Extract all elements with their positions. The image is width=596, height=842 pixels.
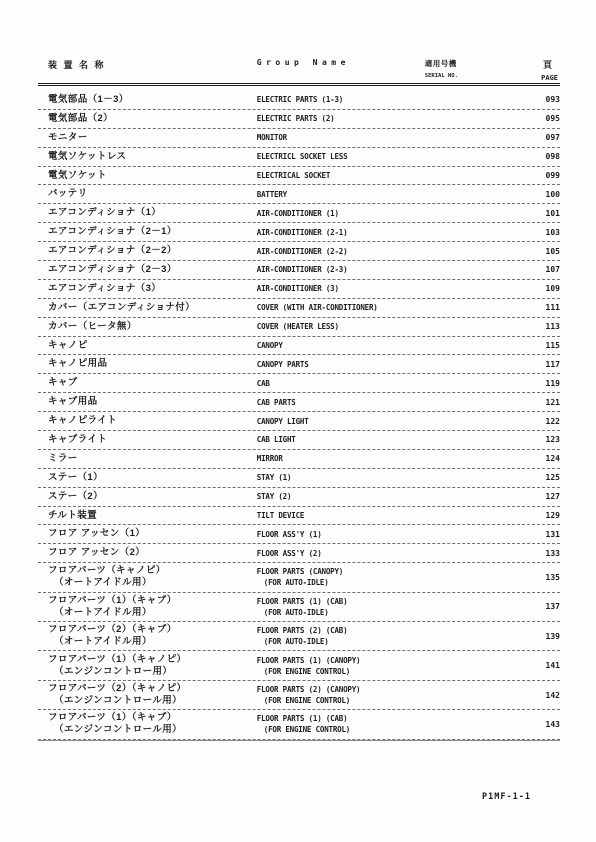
page-number: 113: [505, 322, 560, 331]
table-row: フロアパーツ（2）（キャブ） （オートアイドル用） FLOOR PARTS (2…: [38, 622, 560, 651]
page-number: 133: [505, 549, 560, 558]
device-name-ja: カバー（エアコンディショナ付）: [38, 302, 257, 314]
group-name-en-line2: (FOR ENGINE CONTROL): [257, 724, 425, 735]
group-name-en-line1: MIRROR: [257, 453, 425, 464]
table-body: 電気部品（1－3） ELECTRIC PARTS (1-3) 093 電気部品（…: [38, 86, 560, 741]
group-name-en-line1: FLOOR PARTS (2) (CANOPY): [257, 684, 425, 695]
device-name-ja-line1: エアコンディショナ（2－1）: [48, 226, 257, 238]
table-header-row: 装 置 名 称 Group Name 適用号機 SERIAL NO. 頁 PAG…: [38, 55, 560, 86]
group-name-en-line1: FLOOR ASS'Y (2): [257, 548, 425, 559]
device-name-ja-line1: ステー（1）: [48, 472, 257, 484]
table-row: キャノピ用品 CANOPY PARTS 117: [38, 355, 560, 374]
group-name-en: CANOPY PARTS: [257, 359, 425, 370]
page-number: 117: [505, 360, 560, 369]
group-name-en: AIR-CONDITIONER (2-1): [257, 227, 425, 238]
group-name-en-line1: CAB LIGHT: [257, 434, 425, 445]
device-name-ja: フロア アッセン（2）: [38, 547, 257, 559]
device-name-ja: フロアパーツ（2）（キャブ） （オートアイドル用）: [38, 624, 257, 648]
device-name-ja: キャブ: [38, 377, 257, 389]
group-name-en: COVER (WITH AIR-CONDITIONER): [257, 302, 425, 313]
group-name-en: FLOOR PARTS (1) (CAB) (FOR ENGINE CONTRO…: [257, 713, 425, 735]
group-name-en-line1: AIR-CONDITIONER (2-1): [257, 227, 425, 238]
group-name-en-line1: AIR-CONDITIONER (2-2): [257, 246, 425, 257]
group-name-en-line1: ELECTRICAL SOCKET: [257, 170, 425, 181]
page-number: 098: [505, 152, 560, 161]
header-page-en: PAGE: [505, 74, 558, 82]
table-row: バッテリ BATTERY 100: [38, 185, 560, 204]
device-name-ja-line1: 電気ソケットレス: [48, 151, 257, 163]
device-name-ja: エアコンディショナ（2－2）: [38, 245, 257, 257]
table-row: フロア アッセン（1） FLOOR ASS'Y (1) 131: [38, 525, 560, 544]
device-name-ja: バッテリ: [38, 188, 257, 200]
table-row: エアコンディショナ（3） AIR-CONDITIONER (3) 109: [38, 280, 560, 299]
device-name-ja: フロアパーツ（2）（キャノピ） （エンジンコントロール用）: [38, 683, 257, 707]
group-name-en-line1: CAB PARTS: [257, 397, 425, 408]
group-name-en-line1: CANOPY LIGHT: [257, 416, 425, 427]
page-number: 103: [505, 228, 560, 237]
device-name-ja-line1: フロアパーツ（1）（キャノピ）: [48, 654, 257, 666]
group-name-en-line1: FLOOR PARTS (1) (CANOPY): [257, 655, 425, 666]
group-name-en: AIR-CONDITIONER (3): [257, 283, 425, 294]
group-name-en-line2: (FOR AUTO-IDLE): [257, 607, 425, 618]
header-serial-no: 適用号機 SERIAL NO.: [425, 58, 506, 79]
group-name-en-line1: ELECTRICL SOCKET LESS: [257, 151, 425, 162]
group-name-en: FLOOR PARTS (CANOPY) (FOR AUTO-IDLE): [257, 566, 425, 588]
page-number: 109: [505, 284, 560, 293]
device-name-ja: ステー（1）: [38, 472, 257, 484]
page-number: 119: [505, 379, 560, 388]
table-row: フロアパーツ（キャノピ） （オートアイドル用） FLOOR PARTS (CAN…: [38, 563, 560, 592]
group-name-en-line1: ELECTRIC PARTS (1-3): [257, 94, 425, 105]
device-name-ja: 電気ソケット: [38, 170, 257, 182]
group-name-en: COVER (HEATER LESS): [257, 321, 425, 332]
table-row: フロア アッセン（2） FLOOR ASS'Y (2) 133: [38, 544, 560, 563]
device-name-ja-line1: フロア アッセン（2）: [48, 547, 257, 559]
group-name-en: BATTERY: [257, 189, 425, 200]
group-name-en-line2: (FOR AUTO-IDLE): [257, 636, 425, 647]
table-row: 電気部品（2） ELECTRIC PARTS (2) 095: [38, 110, 560, 129]
device-name-ja: キャノピ用品: [38, 358, 257, 370]
page-number: 115: [505, 341, 560, 350]
device-name-ja-line1: フロアパーツ（2）（キャブ）: [48, 624, 257, 636]
device-name-ja-line1: フロアパーツ（2）（キャノピ）: [48, 683, 257, 695]
device-name-ja-line1: キャブ用品: [48, 396, 257, 408]
device-name-ja: ミラー: [38, 453, 257, 465]
page-number: 142: [505, 691, 560, 700]
device-name-ja-line1: 電気部品（1－3）: [48, 94, 257, 106]
page-number: 127: [505, 492, 560, 501]
table-row: ミラー MIRROR 124: [38, 450, 560, 469]
page-number: 125: [505, 473, 560, 482]
device-name-ja-line1: キャノピライト: [48, 415, 257, 427]
group-name-en-line1: CAB: [257, 378, 425, 389]
catalog-index-page: 装 置 名 称 Group Name 適用号機 SERIAL NO. 頁 PAG…: [0, 0, 596, 842]
device-name-ja: フロアパーツ（1）（キャノピ） （エンジンコントロー用）: [38, 654, 257, 678]
group-name-en: CAB PARTS: [257, 397, 425, 408]
page-number: 122: [505, 417, 560, 426]
device-name-ja-line1: モニター: [48, 132, 257, 144]
header-group-name: Group Name: [257, 58, 425, 67]
table-row: キャブライト CAB LIGHT 123: [38, 431, 560, 450]
device-name-ja-line1: フロアパーツ（キャノピ）: [48, 565, 257, 577]
device-name-ja: キャノピ: [38, 340, 257, 352]
page-number: 123: [505, 435, 560, 444]
group-name-en-line1: AIR-CONDITIONER (2-3): [257, 264, 425, 275]
group-name-en: FLOOR ASS'Y (1): [257, 529, 425, 540]
group-name-en: ELECTRICAL SOCKET: [257, 170, 425, 181]
device-name-ja: フロアパーツ（キャノピ） （オートアイドル用）: [38, 565, 257, 589]
device-name-ja: エアコンディショナ（3）: [38, 283, 257, 295]
group-name-en: FLOOR ASS'Y (2): [257, 548, 425, 559]
device-name-ja-line1: フロアパーツ（1）（キャブ）: [48, 595, 257, 607]
device-name-ja: エアコンディショナ（2－3）: [38, 264, 257, 276]
device-name-ja-line1: キャノピ用品: [48, 358, 257, 370]
table-row: フロアパーツ（1）（キャブ） （エンジンコントロール用） FLOOR PARTS…: [38, 710, 560, 739]
header-serial-no-ja: 適用号機: [425, 58, 506, 69]
device-name-ja-line2: （エンジンコントロール用）: [48, 724, 257, 736]
page-number: 093: [505, 95, 560, 104]
group-name-en-line1: FLOOR PARTS (1) (CAB): [257, 713, 425, 724]
device-name-ja-line1: 電気部品（2）: [48, 113, 257, 125]
group-name-en: CANOPY LIGHT: [257, 416, 425, 427]
device-name-ja-line1: バッテリ: [48, 188, 257, 200]
table-row: モニター MONITOR 097: [38, 129, 560, 148]
group-name-en: AIR-CONDITIONER (2-2): [257, 246, 425, 257]
document-code: P1MF-1-1: [482, 792, 531, 802]
group-name-en-line1: CANOPY: [257, 340, 425, 351]
group-name-en: STAY (1): [257, 472, 425, 483]
device-name-ja-line1: カバー（ヒータ無）: [48, 321, 257, 333]
device-name-ja-line1: 電気ソケット: [48, 170, 257, 182]
group-name-en-line1: FLOOR PARTS (CANOPY): [257, 566, 425, 577]
device-name-ja: ステー（2）: [38, 491, 257, 503]
page-number: 131: [505, 530, 560, 539]
device-name-ja-line2: （エンジンコントロー用）: [48, 666, 257, 678]
device-name-ja-line2: （オートアイドル用）: [48, 577, 257, 589]
group-name-en-line1: COVER (HEATER LESS): [257, 321, 425, 332]
table-row: エアコンディショナ（2－3） AIR-CONDITIONER (2-3) 107: [38, 261, 560, 280]
device-name-ja: フロアパーツ（1）（キャブ） （オートアイドル用）: [38, 595, 257, 619]
device-name-ja-line1: チルト装置: [48, 510, 257, 522]
device-name-ja-line1: ミラー: [48, 453, 257, 465]
group-name-en: STAY (2): [257, 491, 425, 502]
device-name-ja-line1: フロアパーツ（1）（キャブ）: [48, 712, 257, 724]
parts-index-table: 装 置 名 称 Group Name 適用号機 SERIAL NO. 頁 PAG…: [38, 55, 560, 741]
group-name-en: MONITOR: [257, 132, 425, 143]
page-number: 100: [505, 190, 560, 199]
group-name-en: FLOOR PARTS (2) (CANOPY) (FOR ENGINE CON…: [257, 684, 425, 706]
table-row: キャノピ CANOPY 115: [38, 337, 560, 356]
device-name-ja: チルト装置: [38, 510, 257, 522]
table-row: フロアパーツ（1）（キャブ） （オートアイドル用） FLOOR PARTS (1…: [38, 593, 560, 622]
group-name-en-line1: BATTERY: [257, 189, 425, 200]
group-name-en-line2: (FOR ENGINE CONTROL): [257, 695, 425, 706]
group-name-en-line1: COVER (WITH AIR-CONDITIONER): [257, 302, 425, 313]
table-row: フロアパーツ（1）（キャノピ） （エンジンコントロー用） FLOOR PARTS…: [38, 651, 560, 680]
page-number: 121: [505, 398, 560, 407]
group-name-en-line1: AIR-CONDITIONER (3): [257, 283, 425, 294]
table-row: キャノピライト CANOPY LIGHT 122: [38, 412, 560, 431]
device-name-ja-line1: エアコンディショナ（2－3）: [48, 264, 257, 276]
table-row: エアコンディショナ（2－1） AIR-CONDITIONER (2-1) 103: [38, 223, 560, 242]
device-name-ja: モニター: [38, 132, 257, 144]
page-number: 135: [505, 573, 560, 582]
header-page-ja: 頁: [505, 58, 558, 71]
device-name-ja: フロア アッセン（1）: [38, 528, 257, 540]
device-name-ja-line2: （エンジンコントロール用）: [48, 695, 257, 707]
table-row: エアコンディショナ（1） AIR-CONDITIONER (1) 101: [38, 204, 560, 223]
group-name-en: CAB: [257, 378, 425, 389]
device-name-ja-line1: エアコンディショナ（2－2）: [48, 245, 257, 257]
table-row: チルト装置 TILT DEVICE 129: [38, 507, 560, 526]
group-name-en: TILT DEVICE: [257, 510, 425, 521]
group-name-en: CANOPY: [257, 340, 425, 351]
group-name-en-line1: STAY (2): [257, 491, 425, 502]
device-name-ja-line2: （オートアイドル用）: [48, 607, 257, 619]
group-name-en-line1: MONITOR: [257, 132, 425, 143]
table-row: 電気ソケット ELECTRICAL SOCKET 099: [38, 167, 560, 186]
group-name-en: AIR-CONDITIONER (2-3): [257, 264, 425, 275]
device-name-ja-line1: エアコンディショナ（1）: [48, 207, 257, 219]
device-name-ja-line2: （オートアイドル用）: [48, 636, 257, 648]
group-name-en-line1: AIR-CONDITIONER (1): [257, 208, 425, 219]
header-page: 頁 PAGE: [505, 58, 560, 82]
page-number: 111: [505, 303, 560, 312]
page-number: 141: [505, 661, 560, 670]
device-name-ja-line1: キャブ: [48, 377, 257, 389]
group-name-en-line1: FLOOR PARTS (1) (CAB): [257, 596, 425, 607]
page-number: 107: [505, 265, 560, 274]
page-number: 129: [505, 511, 560, 520]
device-name-ja: エアコンディショナ（2－1）: [38, 226, 257, 238]
group-name-en: ELECTRICL SOCKET LESS: [257, 151, 425, 162]
group-name-en: ELECTRIC PARTS (2): [257, 113, 425, 124]
table-row: キャブ CAB 119: [38, 374, 560, 393]
group-name-en-line1: ELECTRIC PARTS (2): [257, 113, 425, 124]
table-row: エアコンディショナ（2－2） AIR-CONDITIONER (2-2) 105: [38, 242, 560, 261]
device-name-ja-line1: キャノピ: [48, 340, 257, 352]
table-row: 電気ソケットレス ELECTRICL SOCKET LESS 098: [38, 148, 560, 167]
device-name-ja-line1: エアコンディショナ（3）: [48, 283, 257, 295]
page-number: 101: [505, 209, 560, 218]
device-name-ja: キャブライト: [38, 434, 257, 446]
table-row: カバー（エアコンディショナ付） COVER (WITH AIR-CONDITIO…: [38, 299, 560, 318]
device-name-ja: 電気部品（2）: [38, 113, 257, 125]
device-name-ja: フロアパーツ（1）（キャブ） （エンジンコントロール用）: [38, 712, 257, 736]
device-name-ja: キャブ用品: [38, 396, 257, 408]
group-name-en-line1: FLOOR PARTS (2) (CAB): [257, 625, 425, 636]
group-name-en-line1: TILT DEVICE: [257, 510, 425, 521]
table-row: カバー（ヒータ無） COVER (HEATER LESS) 113: [38, 318, 560, 337]
page-number: 137: [505, 602, 560, 611]
group-name-en: MIRROR: [257, 453, 425, 464]
group-name-en-line2: (FOR AUTO-IDLE): [257, 577, 425, 588]
group-name-en: FLOOR PARTS (1) (CANOPY) (FOR ENGINE CON…: [257, 655, 425, 677]
page-number: 097: [505, 133, 560, 142]
group-name-en: CAB LIGHT: [257, 434, 425, 445]
group-name-en-line1: FLOOR ASS'Y (1): [257, 529, 425, 540]
page-number: 099: [505, 171, 560, 180]
table-row: キャブ用品 CAB PARTS 121: [38, 393, 560, 412]
group-name-en: FLOOR PARTS (2) (CAB) (FOR AUTO-IDLE): [257, 625, 425, 647]
device-name-ja-line1: キャブライト: [48, 434, 257, 446]
device-name-ja-line1: ステー（2）: [48, 491, 257, 503]
table-row: 電気部品（1－3） ELECTRIC PARTS (1-3) 093: [38, 91, 560, 110]
page-number: 124: [505, 454, 560, 463]
header-serial-no-en: SERIAL NO.: [425, 73, 506, 79]
device-name-ja-line1: カバー（エアコンディショナ付）: [48, 302, 257, 314]
table-row: フロアパーツ（2）（キャノピ） （エンジンコントロール用） FLOOR PART…: [38, 681, 560, 710]
device-name-ja: 電気部品（1－3）: [38, 94, 257, 106]
page-number: 105: [505, 247, 560, 256]
group-name-en: AIR-CONDITIONER (1): [257, 208, 425, 219]
device-name-ja-line1: フロア アッセン（1）: [48, 528, 257, 540]
page-number: 143: [505, 720, 560, 729]
page-number: 095: [505, 114, 560, 123]
page-number: 139: [505, 632, 560, 641]
table-row: ステー（2） STAY (2) 127: [38, 488, 560, 507]
device-name-ja: エアコンディショナ（1）: [38, 207, 257, 219]
table-row: ステー（1） STAY (1) 125: [38, 469, 560, 488]
group-name-en-line1: CANOPY PARTS: [257, 359, 425, 370]
group-name-en-line2: (FOR ENGINE CONTROL): [257, 666, 425, 677]
device-name-ja: カバー（ヒータ無）: [38, 321, 257, 333]
group-name-en: FLOOR PARTS (1) (CAB) (FOR AUTO-IDLE): [257, 596, 425, 618]
device-name-ja: キャノピライト: [38, 415, 257, 427]
group-name-en: ELECTRIC PARTS (1-3): [257, 94, 425, 105]
header-device-name: 装 置 名 称: [38, 58, 257, 71]
group-name-en-line1: STAY (1): [257, 472, 425, 483]
device-name-ja: 電気ソケットレス: [38, 151, 257, 163]
